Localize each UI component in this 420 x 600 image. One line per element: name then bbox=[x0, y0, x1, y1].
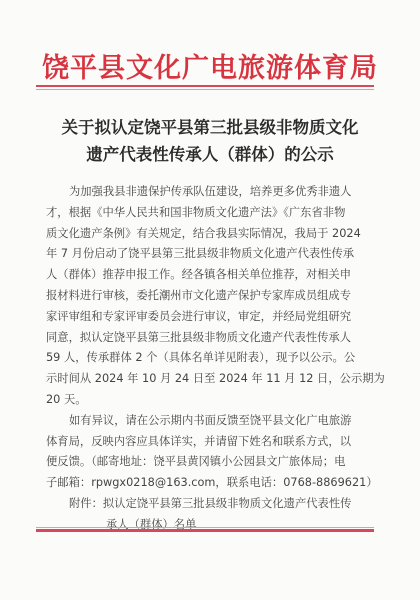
document-title: 关于拟认定饶平县第三批县级非物质文化 遗产代表性传承人（群体）的公示 bbox=[0, 114, 420, 168]
title-line: 关于拟认定饶平县第三批县级非物质文化 bbox=[0, 114, 420, 141]
attachment-line: 承人（群体）名单 bbox=[46, 515, 366, 536]
paragraph-objection-contact: 如有异议，请在公示期内书面反馈至饶平县文化广电旅游 体育局，反映内容应具体详实，… bbox=[46, 411, 366, 494]
body-line: 质文化遗产条例》有关规定，结合我县实际情况，我局于 2024 bbox=[46, 224, 366, 245]
document-body: 为加强我县非遗保护传承队伍建设，培养更多优秀非遗人 才，根据《中华人民共和国非物… bbox=[46, 182, 366, 536]
body-line: 为加强我县非遗保护传承队伍建设，培养更多优秀非遗人 bbox=[46, 182, 366, 203]
body-line: 报材料进行审核，委托潮州市文化遗产保护专家库成员组成专 bbox=[46, 286, 366, 307]
body-line: 同意，拟认定饶平县第三批县级非物质文化遗产代表性传承人 bbox=[46, 328, 366, 349]
red-header-rule bbox=[36, 85, 374, 87]
body-line: 59 人，传承群体 2 个（具体名单详见附表），现予以公示。公 bbox=[46, 348, 366, 369]
red-footer-rule-thin bbox=[36, 527, 374, 528]
body-line: 年 7 月份启动了饶平县第三批县级非物质文化遗产代表性传承 bbox=[46, 244, 366, 265]
body-line: 20 天。 bbox=[46, 390, 366, 411]
body-line: 家评审组和专家评审委员会进行审议，审定，并经局党组研究 bbox=[46, 307, 366, 328]
red-header-rule-thin bbox=[36, 89, 374, 90]
body-line: 才，根据《中华人民共和国非物质文化遗产法》《广东省非物 bbox=[46, 203, 366, 224]
body-line: 体育局，反映内容应具体详实，并请留下姓名和联系方式，以 bbox=[46, 432, 366, 453]
body-line: 便反馈。（邮寄地址：饶平县黄冈镇小公园县文广旅体局；电 bbox=[46, 452, 366, 473]
body-line: 示时间从 2024 年 10 月 24 日至 2024 年 11 月 12 日，… bbox=[46, 369, 366, 390]
body-line: 如有异议，请在公示期内书面反馈至饶平县文化广电旅游 bbox=[46, 411, 366, 432]
paragraph-announcement: 为加强我县非遗保护传承队伍建设，培养更多优秀非遗人 才，根据《中华人民共和国非物… bbox=[46, 182, 366, 411]
attachment-line: 附件：拟认定饶平县第三批县级非物质文化遗产代表性传 bbox=[46, 494, 366, 515]
title-line: 遗产代表性传承人（群体）的公示 bbox=[0, 141, 420, 168]
issuing-organization-heading: 饶平县文化广电旅游体育局 bbox=[0, 46, 420, 85]
body-line: 人（群体）推荐申报工作。经各镇各相关单位推荐，对相关申 bbox=[46, 265, 366, 286]
red-footer-rule bbox=[36, 529, 374, 532]
contact-info-line: 子邮箱：rpwgx0218@163.com，联系电话：0768-8869621） bbox=[46, 473, 366, 494]
